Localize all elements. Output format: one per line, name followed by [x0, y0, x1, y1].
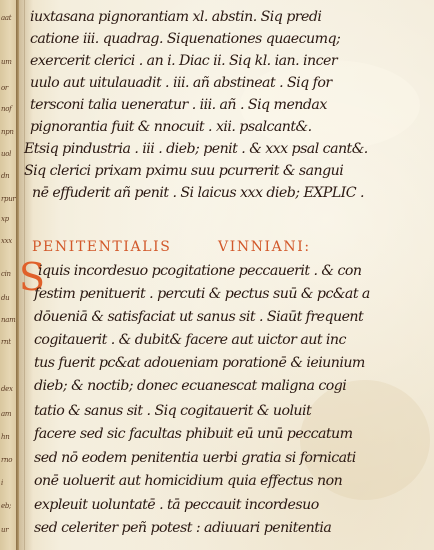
facing-page-fragment: dn [1, 172, 9, 180]
text-line: tersconi talia ueneratur . iii. añ . Siq… [30, 96, 327, 114]
text-line: exercerit clerici . an i. Diac ii. Siq k… [30, 52, 337, 70]
facing-page-fragment: am [1, 410, 11, 418]
facing-page-fragment: npn [1, 128, 14, 136]
text-line: pignorantia fuit & nnocuit . xii. psalca… [30, 118, 312, 136]
facing-page-fragment: rno [1, 456, 12, 464]
text-line: iuxtasana pignorantiam xl. abstin. Siq p… [30, 8, 321, 26]
text-line: uulo aut uitulauadit . iii. añ abstineat… [30, 74, 332, 92]
facing-page-fragment: i [1, 479, 3, 487]
facing-page-fragment: du [1, 294, 9, 302]
facing-page-fragment: ur [1, 526, 8, 534]
facing-page-fragment: nof [1, 105, 11, 113]
text-line: nē effuderit añ penit . Si laicus xxx di… [32, 184, 364, 202]
text-line: dieb; & noctib; donec ecuanescat maligna… [34, 377, 346, 395]
text-line: facere sed sic facultas phibuit eū unū p… [34, 425, 353, 443]
text-line: dōueniā & satisfaciat ut sanus sit . Sia… [34, 308, 363, 326]
heading-right: VINNIANI: [218, 238, 311, 256]
manuscript-page: aatumornofnpnuoldnrpurxpxxxcindunamrntde… [0, 0, 434, 550]
facing-page-fragment: rnt [1, 338, 11, 346]
facing-page-fragment: or [1, 84, 8, 92]
text-line: Siq clerici prixam pximu suu pcurrerit &… [24, 162, 343, 180]
facing-page-fragment: nam [1, 316, 15, 324]
text-line: sed nō eodem penitentia uerbi gratia si … [34, 449, 356, 467]
facing-page-fragment: xxx [1, 237, 12, 245]
facing-page-fragment: eb; [1, 502, 11, 510]
facing-page-fragment: rpur [1, 195, 15, 203]
facing-page-fragment: hn [1, 433, 9, 441]
facing-page-fragment: xp [1, 215, 9, 223]
heading-left: PENITENTIALIS [32, 238, 171, 256]
facing-page-fragment: um [1, 58, 12, 66]
text-line: festim penituerit . percuti & pectus suū… [34, 285, 370, 303]
text-line: tus fuerit pc&at adoueniam porationē & i… [34, 354, 365, 372]
text-line: cogitauerit . & dubit& facere aut uictor… [34, 331, 346, 349]
facing-page-edge: aatumornofnpnuoldnrpurxpxxxcindunamrntde… [0, 0, 17, 550]
text-line: Etsiq pindustria . iii . dieb; penit . &… [24, 140, 368, 158]
text-line: expleuit uoluntatē . tā peccauit incorde… [34, 496, 319, 514]
facing-page-fragment: cin [1, 270, 11, 278]
text-line: iquis incordesuo pcogitatione peccauerit… [38, 262, 361, 280]
facing-page-fragment: dex [1, 385, 13, 393]
text-line: onē uoluerit aut homicidium quia effectu… [34, 472, 342, 490]
facing-page-fragment: aat [1, 14, 11, 22]
text-line: tatio & sanus sit . Siq cogitauerit & uo… [34, 402, 311, 420]
facing-page-fragment: uol [1, 150, 11, 158]
text-line: sed celeriter peñ potest : adiuuari peni… [34, 519, 331, 537]
text-line: catione iii. quadrag. Siquenationes quae… [30, 30, 340, 48]
